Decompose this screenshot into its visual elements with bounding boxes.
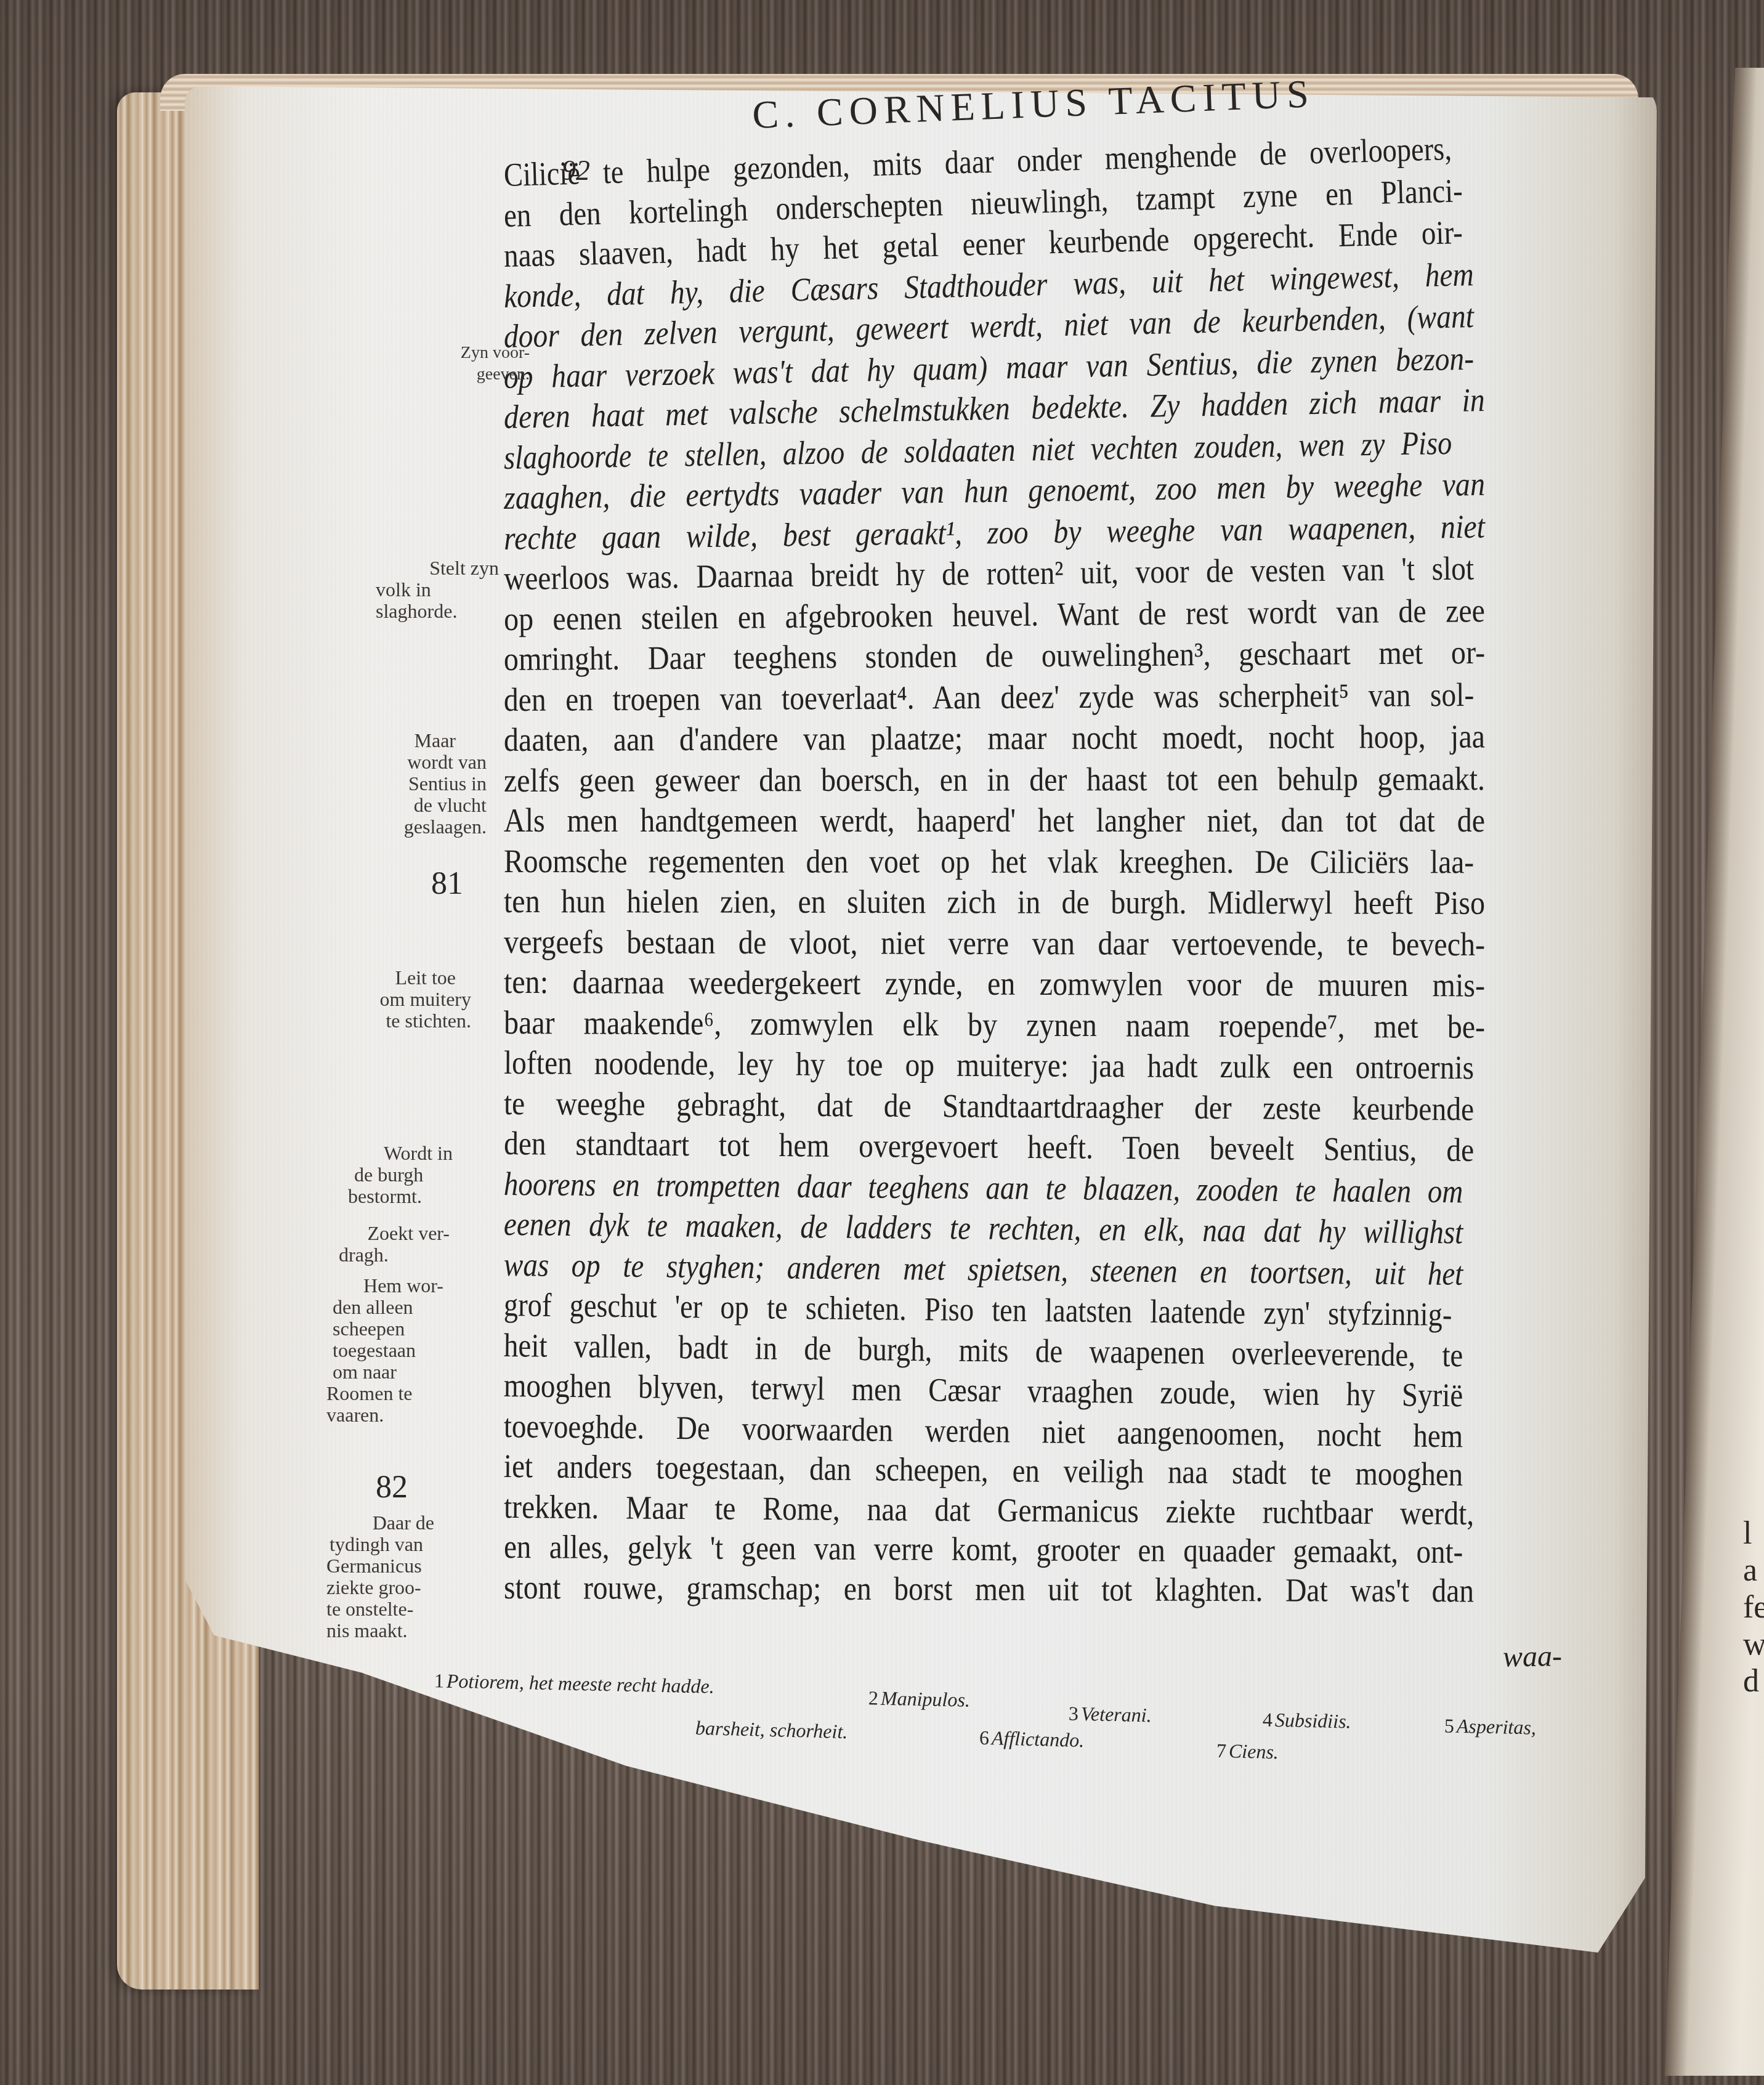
margin-note-line: de burgh bbox=[330, 1164, 453, 1186]
text-line: hoorens en trompetten daar teeghens aan … bbox=[504, 1164, 1463, 1212]
text-line: zelfs geen geweer dan boersch, en in der… bbox=[504, 759, 1485, 801]
margin-note-line: te stichten. bbox=[348, 1010, 471, 1032]
text-line: trekken. Maar te Rome, naa dat Germanicu… bbox=[504, 1487, 1475, 1534]
text-line: den en troepen van toeverlaat⁴. Aan deez… bbox=[504, 674, 1475, 720]
text-line: eenen dyk te maaken, de ladders te recht… bbox=[504, 1204, 1463, 1253]
margin-note-line: Zoekt ver- bbox=[326, 1223, 450, 1244]
footnote-text: barsheit, schorheit. bbox=[695, 1717, 848, 1743]
margin-note: Stelt zyn volk in slaghorde. bbox=[376, 557, 499, 622]
text-line: baar maakende⁶, zomwylen elk by zynen na… bbox=[504, 1003, 1485, 1047]
margin-note-line: Germanicus bbox=[311, 1555, 434, 1577]
margin-note-line: vaaren. bbox=[320, 1404, 443, 1426]
margin-note-line: wordt van bbox=[363, 751, 487, 773]
margin-note-line: nis maakt. bbox=[311, 1620, 434, 1642]
footnote-number: 3 bbox=[1069, 1702, 1079, 1725]
section-number: 82 bbox=[376, 1469, 408, 1505]
footnote-text: Ciens. bbox=[1229, 1739, 1279, 1763]
margin-note-line: Maar bbox=[363, 730, 487, 751]
text-line: Roomsche regementen den voet op het vlak… bbox=[504, 841, 1474, 883]
footnote: 7Ciens. bbox=[1216, 1739, 1279, 1764]
margin-note-line: Stelt zyn bbox=[376, 557, 499, 579]
margin-note: Zoekt ver- dragh. bbox=[326, 1223, 450, 1266]
text-line: Als men handtgemeen werdt, haaperd' het … bbox=[504, 801, 1485, 841]
footnote-text: Manipulos. bbox=[881, 1687, 971, 1711]
footnote: 3Veterani. bbox=[1069, 1702, 1152, 1727]
margin-note-line: den alleen bbox=[320, 1297, 443, 1318]
text-line: loften noodende, ley hy toe op muiterye:… bbox=[504, 1043, 1475, 1088]
footnote-number: 6 bbox=[979, 1727, 990, 1749]
footnote-text: Veterani. bbox=[1081, 1702, 1152, 1726]
text-line: den standtaart tot hem overgevoert heeft… bbox=[504, 1123, 1475, 1170]
margin-note-line: te onstelte- bbox=[311, 1598, 434, 1620]
body-text: Cilicië te hulpe gezonden, mits daar ond… bbox=[504, 155, 1606, 1608]
footnote: 2Manipulos. bbox=[868, 1686, 971, 1711]
margin-note: Hem wor- den alleen scheepen toegestaan … bbox=[320, 1275, 443, 1426]
margin-note-line: Roomen te bbox=[320, 1383, 443, 1404]
margin-note-line: volk in bbox=[376, 579, 499, 601]
margin-note-line: Hem wor- bbox=[320, 1275, 443, 1297]
margin-note-line: Wordt in bbox=[330, 1143, 453, 1164]
margin-note-line: ziekte groo- bbox=[311, 1577, 434, 1598]
facing-page-text-fragment: d bbox=[1743, 1663, 1759, 1699]
footnote: 5Asperitas, bbox=[1444, 1714, 1537, 1739]
margin-note-line: geeven. bbox=[407, 363, 530, 385]
margin-note-line: Leit toe bbox=[348, 967, 471, 989]
margin-note-line: Sentius in bbox=[363, 773, 487, 795]
facing-page-text-fragment: a bbox=[1743, 1552, 1757, 1589]
margin-note-line: dragh. bbox=[326, 1244, 450, 1266]
footnote-text: Afflictando. bbox=[992, 1727, 1085, 1751]
footnote-number: 4 bbox=[1263, 1709, 1273, 1731]
footnote-text: Subsidiis. bbox=[1275, 1709, 1351, 1733]
margin-note-line: scheepen bbox=[320, 1318, 443, 1340]
text-line: daaten, aan d'andere van plaatze; maar n… bbox=[504, 716, 1485, 760]
margin-note-line: geslaagen. bbox=[363, 816, 487, 838]
facing-page-text-fragment: fe bbox=[1743, 1589, 1764, 1625]
footnote-number: 2 bbox=[868, 1686, 879, 1709]
footnote: 6Afflictando. bbox=[979, 1727, 1085, 1752]
text-line: vergeefs bestaan de vloot, niet verre va… bbox=[504, 922, 1485, 965]
margin-note-line: om muitery bbox=[348, 989, 471, 1010]
margin-note-line: bestormt. bbox=[330, 1186, 453, 1207]
footnote-text: Asperitas, bbox=[1457, 1715, 1537, 1739]
margin-note: Leit toe om muitery te stichten. bbox=[348, 967, 471, 1032]
text-line: en alles, gelyk 't geen van verre komt, … bbox=[504, 1527, 1463, 1573]
footnote-number bbox=[693, 1717, 694, 1739]
margin-note: Maar wordt van Sentius in de vlucht gesl… bbox=[363, 730, 487, 838]
footnote-number: 1 bbox=[434, 1669, 445, 1691]
catchword: waa- bbox=[1503, 1639, 1563, 1674]
footnote: barsheit, schorheit. bbox=[693, 1717, 848, 1744]
footnote-number: 5 bbox=[1444, 1714, 1455, 1736]
margin-note-line: om naar bbox=[320, 1361, 443, 1383]
margin-note-line: de vlucht bbox=[363, 795, 487, 816]
margin-note-line: toegestaan bbox=[320, 1340, 443, 1361]
text-line: ten hun hielen zien, en sluiten zich in … bbox=[504, 881, 1485, 923]
text-line: ten: daarnaa weedergekeert zynde, en zom… bbox=[504, 962, 1485, 1006]
margin-note: Wordt in de burgh bestormt. bbox=[330, 1143, 453, 1207]
text-line: op eenen steilen en afgebrooken heuvel. … bbox=[504, 591, 1486, 639]
margin-note-line: slaghorde. bbox=[376, 601, 499, 622]
section-number: 81 bbox=[431, 865, 463, 902]
margin-note-line: Daar de bbox=[311, 1512, 434, 1534]
footnote-text: Potiorem, het meeste recht hadde. bbox=[447, 1670, 714, 1698]
text-line: stont rouwe, gramschap; en borst men uit… bbox=[504, 1568, 1474, 1611]
facing-page-text-fragment: l bbox=[1743, 1515, 1752, 1552]
footnote: 4Subsidiis. bbox=[1263, 1709, 1351, 1733]
text-line: te weeghe gebraght, dat de Standtaartdra… bbox=[504, 1083, 1475, 1130]
margin-note: Daar de tydingh van Germanicus ziekte gr… bbox=[311, 1512, 434, 1642]
margin-note-line: tydingh van bbox=[311, 1534, 434, 1555]
footnote-number: 7 bbox=[1216, 1739, 1227, 1762]
margin-note-line: Zyn voor- bbox=[407, 342, 530, 363]
facing-page-text-fragment: w bbox=[1743, 1626, 1764, 1662]
margin-note: Zyn voor- geeven. bbox=[407, 342, 530, 385]
text-line: omringht. Daar teeghens stonden de ouwel… bbox=[504, 633, 1486, 680]
